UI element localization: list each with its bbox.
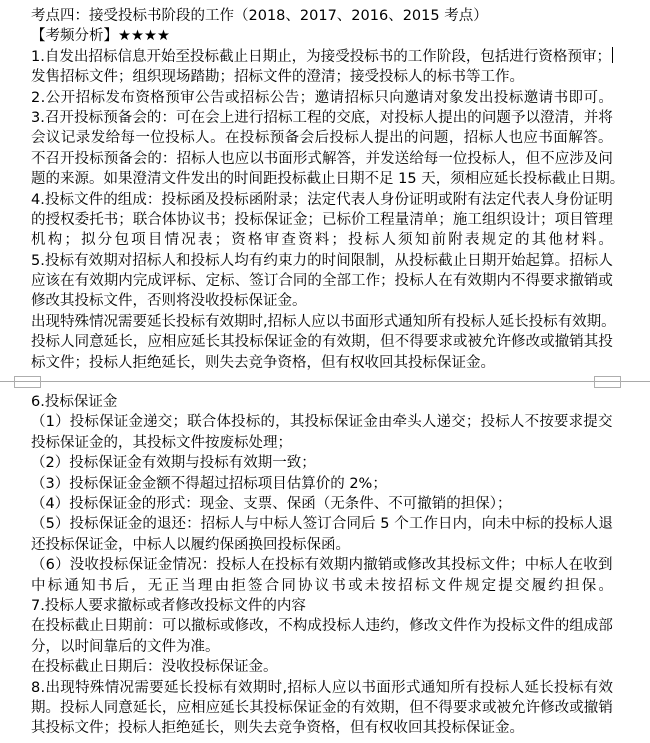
- text-line[interactable]: 3.召开投标预备会的：可在会上进行招标工程的交底，对投标人提出的问题予以澄清，并…: [31, 108, 613, 128]
- text-line-content: 8.出现特殊情况需要延长投标有效期时,招标人应以书面形式通知所有投标人延长投标有…: [31, 678, 613, 698]
- text-line-content: 还投标保证金，中标人以履约保函换回投标保函。: [31, 535, 350, 555]
- text-line[interactable]: （6）没收投标保证金情况：投标人在投标有效期内撤销或修改其投标文件；中标人在收到: [31, 555, 613, 575]
- text-line-content: （6）没收投标保证金情况：投标人在投标有效期内撤销或修改其投标文件；中标人在收到: [31, 555, 613, 575]
- text-line[interactable]: 会议记录发给每一位投标人。在投标预备会后投标人提出的问题，招标人也应书面解答。: [31, 128, 613, 148]
- text-line[interactable]: 修改其投标文件，否则将没收投标保证金。: [31, 291, 613, 311]
- text-line-content: 考点四：接受投标书阶段的工作（2018、2017、2016、2015 考点）: [31, 6, 488, 26]
- text-line[interactable]: 分，以时间靠后的文件为准。: [31, 637, 613, 657]
- text-line-content: 期。投标人同意延长，应相应延长其投标保证金的有效期，但不得要求或被允许修改或撤销: [31, 698, 613, 718]
- text-line[interactable]: （5）投标保证金的退还：招标人与中标人签订合同后 5 个工作日内，向未中标的投标…: [31, 514, 613, 534]
- text-line-content: 题的来源。如果澄清文件发出的时间距投标截止日期不足 15 天，须相应延长投标截止…: [31, 169, 613, 189]
- text-line-content: （3）投标保证金金额不得超过招标项目估算价的 2%；: [31, 474, 387, 494]
- text-line[interactable]: 出现特殊情况需要延长投标有效期时,招标人应以书面形式通知所有投标人延长投标有效期…: [31, 312, 613, 332]
- text-line[interactable]: 在投标截止日期后：没收投标保证金。: [31, 657, 613, 677]
- text-line[interactable]: 中标通知书后，无正当理由拒签合同协议书或未按招标文件规定提交履约担保。: [31, 576, 613, 596]
- text-line[interactable]: （1）投标保证金递交；联合体投标的，其投标保证金由牵头人递交；投标人不按要求提交: [31, 412, 613, 432]
- text-line[interactable]: 投标人同意延长，应相应延长其投标保证金的有效期，但不得要求或被允许修改或撤销其投: [31, 332, 613, 352]
- text-line-content: 5.投标有效期对招标人和投标人均有约束力的时间限制，从投标截止日期开始起算。招标…: [31, 251, 613, 271]
- text-line[interactable]: 1.自发出招标信息开始至投标截止日期止，为接受投标书的工作阶段，包括进行资格预审…: [31, 47, 613, 67]
- text-line[interactable]: 的授权委托书；联合体协议书；投标保证金；已标价工程量清单；施工组织设计；项目管理: [31, 210, 613, 230]
- text-line-content: 其投标文件；投标人拒绝延长，则失去竞争资格，但有权收回其投标保证金。: [31, 718, 524, 738]
- text-line-content: 应该在有效期内完成评标、定标、签订合同的全部工作；投标人在有效期内不得要求撤销或: [31, 271, 613, 291]
- text-line-content: 7.投标人要求撤标或者修改投标文件的内容: [31, 596, 306, 616]
- text-line[interactable]: 【考频分析】★★★★: [31, 26, 613, 46]
- text-line-content: 1.自发出招标信息开始至投标截止日期止，为接受投标书的工作阶段，包括进行资格预审…: [31, 47, 613, 67]
- text-line[interactable]: 2.公开招标发布资格预审公告或招标公告；邀请招标只向邀请对象发出投标邀请书即可。: [31, 88, 613, 108]
- text-line[interactable]: 投标保证金的，其投标文件按废标处理；: [31, 433, 613, 453]
- text-line-content: 修改其投标文件，否则将没收投标保证金。: [31, 291, 307, 311]
- text-line-content: 投标人同意延长，应相应延长其投标保证金的有效期，但不得要求或被允许修改或撤销其投: [31, 332, 613, 352]
- text-line[interactable]: 标文件；投标人拒绝延长，则失去竞争资格，但有权收回其投标保证金。: [31, 353, 613, 373]
- document-page-1[interactable]: 考点四：接受投标书阶段的工作（2018、2017、2016、2015 考点） 【…: [0, 0, 650, 373]
- text-line-content: 4.投标文件的组成：投标函及投标函附录；法定代表人身份证明或附有法定代表人身份证…: [31, 190, 613, 210]
- text-line[interactable]: 5.投标有效期对招标人和投标人均有约束力的时间限制，从投标截止日期开始起算。招标…: [31, 251, 613, 271]
- text-line[interactable]: 4.投标文件的组成：投标函及投标函附录；法定代表人身份证明或附有法定代表人身份证…: [31, 190, 613, 210]
- text-line-content: （1）投标保证金递交；联合体投标的，其投标保证金由牵头人递交；投标人不按要求提交: [31, 412, 613, 432]
- text-line-content: 标文件；投标人拒绝延长，则失去竞争资格，但有权收回其投标保证金。: [31, 353, 495, 373]
- text-line-content: （4）投标保证金的形式：现金、支票、保函（无条件、不可撤销的担保）；: [31, 494, 511, 514]
- text-line[interactable]: 其投标文件；投标人拒绝延长，则失去竞争资格，但有权收回其投标保证金。: [31, 718, 613, 738]
- text-line-content: 的授权委托书；联合体协议书；投标保证金；已标价工程量清单；施工组织设计；项目管理: [31, 210, 613, 230]
- text-line-content: 6.投标保证金: [31, 392, 117, 412]
- text-line[interactable]: （4）投标保证金的形式：现金、支票、保函（无条件、不可撤销的担保）；: [31, 494, 613, 514]
- word-document-canvas: { "document": { "accent_text_color": "#0…: [0, 0, 650, 743]
- text-line-content: （5）投标保证金的退还：招标人与中标人签订合同后 5 个工作日内，向未中标的投标…: [31, 514, 613, 534]
- text-line[interactable]: 6.投标保证金: [31, 392, 613, 412]
- text-line-content: 会议记录发给每一位投标人。在投标预备会后投标人提出的问题，招标人也应书面解答。: [31, 128, 613, 148]
- text-line[interactable]: 发售招标文件；组织现场踏勘；招标文件的澄清；接受投标人的标书等工作。: [31, 67, 613, 87]
- page-break-line: [0, 381, 650, 382]
- text-line[interactable]: 题的来源。如果澄清文件发出的时间距投标截止日期不足 15 天，须相应延长投标截止…: [31, 169, 613, 189]
- text-line-content: 出现特殊情况需要延长投标有效期时,招标人应以书面形式通知所有投标人延长投标有效期…: [31, 312, 613, 332]
- text-line-content: 发售招标文件；组织现场踏勘；招标文件的澄清；接受投标人的标书等工作。: [31, 67, 524, 87]
- text-line[interactable]: 应该在有效期内完成评标、定标、签订合同的全部工作；投标人在有效期内不得要求撤销或: [31, 271, 613, 291]
- text-line[interactable]: 8.出现特殊情况需要延长投标有效期时,招标人应以书面形式通知所有投标人延长投标有…: [31, 678, 613, 698]
- text-line-content: 机构；拟分包项目情况表；资格审查资料；投标人须知前附表规定的其他材料。: [31, 230, 613, 250]
- text-line-content: 3.召开投标预备会的：可在会上进行招标工程的交底，对投标人提出的问题予以澄清，并…: [31, 108, 613, 128]
- text-line[interactable]: 考点四：接受投标书阶段的工作（2018、2017、2016、2015 考点）: [31, 6, 613, 26]
- text-line-content: 不召开投标预备会的：招标人也应以书面形式解答，并发送给每一位投标人，但不应涉及问: [31, 149, 613, 169]
- text-line-content: 【考频分析】★★★★: [31, 26, 170, 46]
- text-line-content: 中标通知书后，无正当理由拒签合同协议书或未按招标文件规定提交履约担保。: [31, 576, 613, 596]
- text-line[interactable]: 期。投标人同意延长，应相应延长其投标保证金的有效期，但不得要求或被允许修改或撤销: [31, 698, 613, 718]
- text-line-content: 投标保证金的，其投标文件按废标处理；: [31, 433, 292, 453]
- text-line[interactable]: 还投标保证金，中标人以履约保函换回投标保函。: [31, 535, 613, 555]
- page-margin-marker-left: [14, 376, 41, 388]
- document-page-2[interactable]: 6.投标保证金 （1）投标保证金递交；联合体投标的，其投标保证金由牵头人递交；投…: [0, 392, 650, 739]
- text-line[interactable]: （3）投标保证金金额不得超过招标项目估算价的 2%；: [31, 474, 613, 494]
- text-line[interactable]: 7.投标人要求撤标或者修改投标文件的内容: [31, 596, 613, 616]
- page-break-gap[interactable]: [0, 373, 650, 392]
- text-line[interactable]: 不召开投标预备会的：招标人也应以书面形式解答，并发送给每一位投标人，但不应涉及问: [31, 149, 613, 169]
- page-margin-marker-right: [594, 376, 621, 388]
- text-line-content: 2.公开招标发布资格预审公告或招标公告；邀请招标只向邀请对象发出投标邀请书即可。: [31, 88, 613, 108]
- text-line[interactable]: （2）投标保证金有效期与投标有效期一致；: [31, 453, 613, 473]
- text-line[interactable]: 机构；拟分包项目情况表；资格审查资料；投标人须知前附表规定的其他材料。: [31, 230, 613, 250]
- text-line-content: （2）投标保证金有效期与投标有效期一致；: [31, 453, 316, 473]
- text-line-content: 分，以时间靠后的文件为准。: [31, 637, 220, 657]
- text-line-content: 在投标截止日期后：没收投标保证金。: [31, 657, 278, 677]
- text-cursor: [612, 47, 613, 63]
- text-line[interactable]: 在投标截止日期前：可以撤标或修改，不构成投标人违约，修改文件作为投标文件的组成部: [31, 616, 613, 636]
- text-line-content: 在投标截止日期前：可以撤标或修改，不构成投标人违约，修改文件作为投标文件的组成部: [31, 616, 613, 636]
